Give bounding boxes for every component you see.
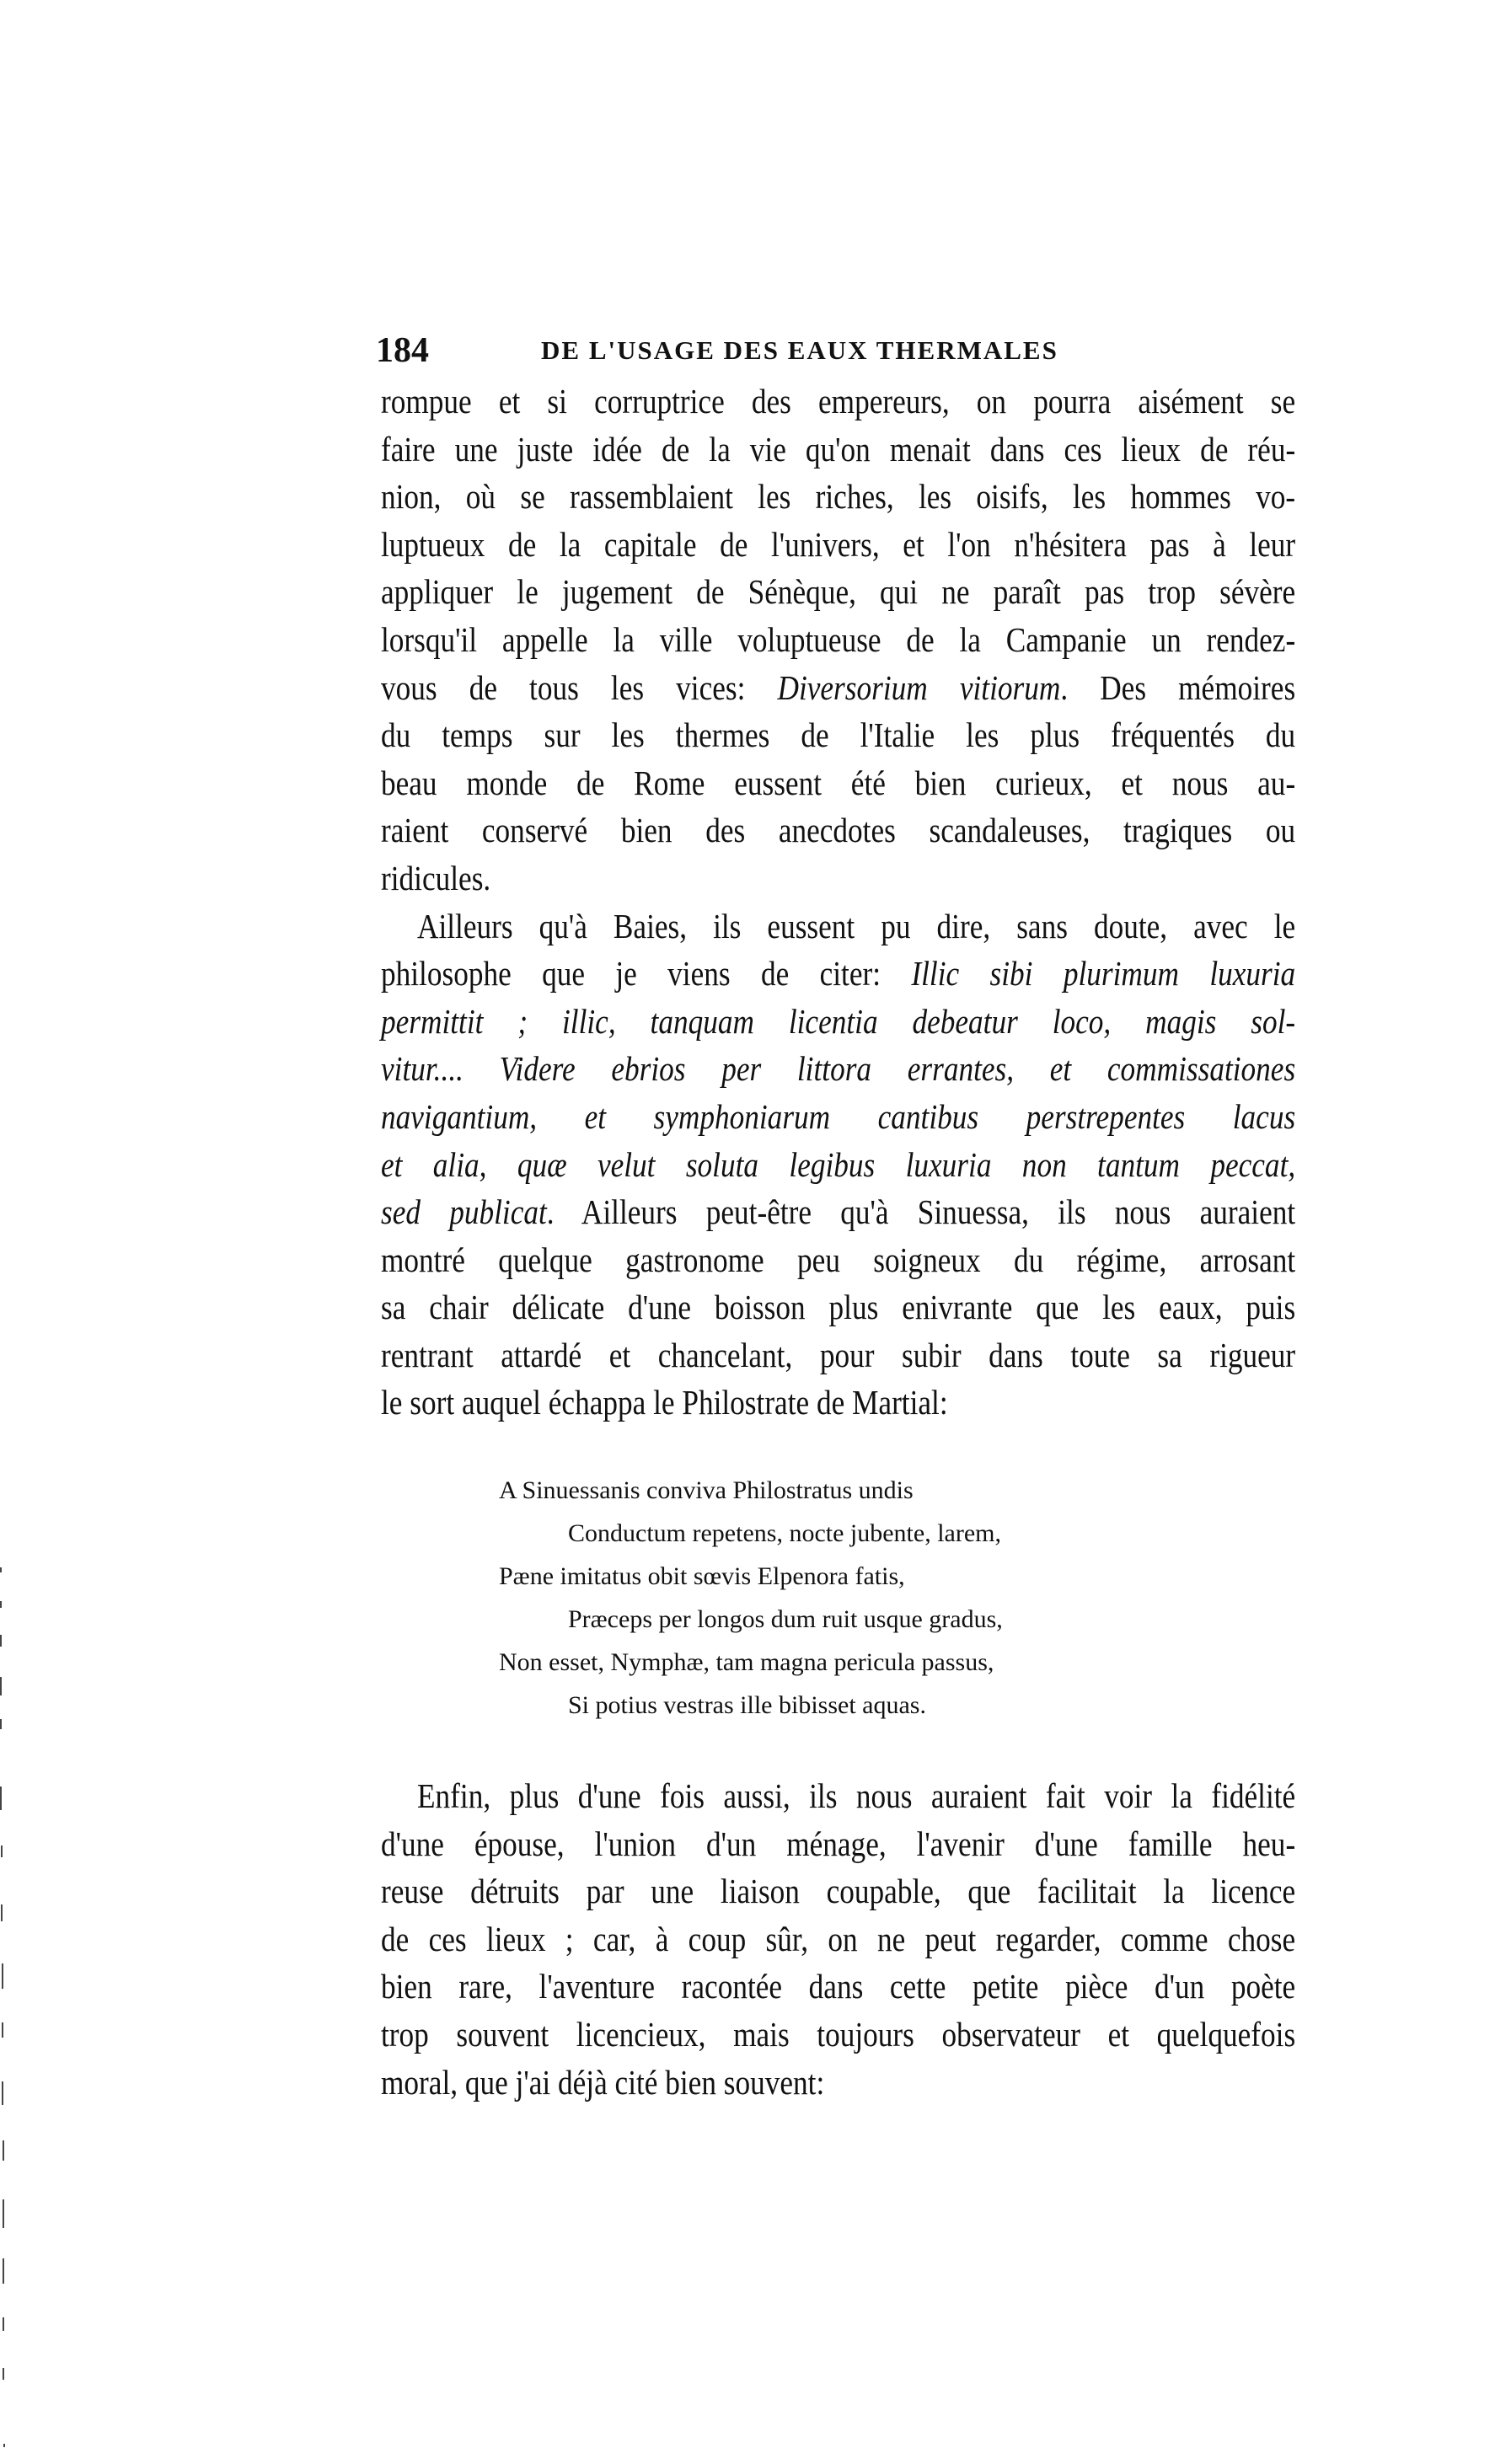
text-run: appliquer le jugement de Sénèque, qui ne…	[381, 572, 1295, 611]
text-line: moral, que j'ai déjà cité bien souvent:	[381, 2059, 1295, 2107]
text-run: . Ailleurs peut-être qu'à Sinuessa, ils …	[547, 1192, 1295, 1231]
text-line: montré quelque gastronome peu soigneux d…	[381, 1236, 1295, 1284]
text-line: raient conservé bien des anecdotes scand…	[381, 806, 1295, 854]
text-run: . Des mémoires	[1060, 668, 1295, 707]
text-line: appliquer le jugement de Sénèque, qui ne…	[381, 568, 1295, 616]
italic-latin-text: vitur.... Videre ebrios per littora erra…	[381, 1049, 1295, 1088]
verse-line: Præceps per longos dum ruit usque gradus…	[381, 1598, 1295, 1641]
verse-line: Non esset, Nymphæ, tam magna pericula pa…	[381, 1641, 1295, 1684]
text-run: trop souvent licencieux, mais toujours o…	[381, 2015, 1295, 2054]
verse-line: Pæne imitatus obit sœvis Elpenora fatis,	[381, 1555, 1295, 1598]
text-run: beau monde de Rome eussent été bien curi…	[381, 763, 1295, 802]
text-run: rompue et si corruptrice des empereurs, …	[381, 382, 1295, 420]
italic-latin-text: et alia, quæ velut soluta legibus luxuri…	[381, 1145, 1295, 1184]
italic-latin-text: Illic sibi plurimum luxuria	[911, 954, 1295, 993]
body-text: rompue et si corruptrice des empereurs, …	[381, 378, 1295, 1427]
running-head: 184 DE L'USAGE DES EAUX THERMALES	[381, 330, 1295, 378]
text-run: raient conservé bien des anecdotes scand…	[381, 811, 1295, 849]
text-line: et alia, quæ velut soluta legibus luxuri…	[381, 1141, 1295, 1189]
text-run: sa chair délicate d'une boisson plus eni…	[381, 1288, 1295, 1326]
text-line: trop souvent licencieux, mais toujours o…	[381, 2011, 1295, 2059]
text-run: montré quelque gastronome peu soigneux d…	[381, 1240, 1295, 1279]
italic-latin-text: permittit ; illic, tanquam licentia debe…	[381, 1002, 1295, 1041]
text-run: du temps sur les thermes de l'Italie les…	[381, 715, 1295, 754]
text-run: luptueux de la capitale de l'univers, et…	[381, 525, 1295, 564]
text-line: faire une juste idée de la vie qu'on men…	[381, 426, 1295, 474]
text-run: philosophe que je viens de citer:	[381, 954, 911, 993]
text-run: rentrant attardé et chancelant, pour sub…	[381, 1336, 1295, 1374]
text-line: d'une épouse, l'union d'un ménage, l'ave…	[381, 1820, 1295, 1868]
paragraph-1: rompue et si corruptrice des empereurs, …	[381, 378, 1295, 903]
italic-latin-text: navigantium, et symphoniarum cantibus pe…	[381, 1097, 1295, 1136]
text-line: sed publicat. Ailleurs peut-être qu'à Si…	[381, 1188, 1295, 1236]
paragraph-2: Ailleurs qu'à Baies, ils eussent pu dire…	[381, 903, 1295, 1428]
text-line: nion, où se rassemblaient les riches, le…	[381, 473, 1295, 521]
text-run: Ailleurs qu'à Baies, ils eussent pu dire…	[417, 907, 1295, 945]
text-line: de ces lieux ; car, à coup sûr, on ne pe…	[381, 1915, 1295, 1963]
text-run: Enfin, plus d'une fois aussi, ils nous a…	[417, 1776, 1295, 1815]
text-run: ridicules.	[381, 859, 490, 897]
text-line: du temps sur les thermes de l'Italie les…	[381, 711, 1295, 759]
text-line: reuse détruits par une liaison coupable,…	[381, 1867, 1295, 1915]
text-run: d'une épouse, l'union d'un ménage, l'ave…	[381, 1824, 1295, 1863]
verse-line: Si potius vestras ille bibisset aquas.	[381, 1684, 1295, 1727]
text-run: faire une juste idée de la vie qu'on men…	[381, 430, 1295, 469]
text-line: rentrant attardé et chancelant, pour sub…	[381, 1331, 1295, 1379]
italic-latin-text: sed publicat	[381, 1192, 547, 1231]
text-line: sa chair délicate d'une boisson plus eni…	[381, 1283, 1295, 1331]
text-run: de ces lieux ; car, à coup sûr, on ne pe…	[381, 1920, 1295, 1958]
verse-quotation: A Sinuessanis conviva Philostratus undis…	[381, 1469, 1295, 1727]
page-number: 184	[376, 330, 429, 371]
scan-margin-artifacts	[0, 1567, 12, 2461]
text-line: rompue et si corruptrice des empereurs, …	[381, 378, 1295, 426]
text-line: vitur.... Videre ebrios per littora erra…	[381, 1045, 1295, 1093]
text-line: navigantium, et symphoniarum cantibus pe…	[381, 1093, 1295, 1141]
running-title: DE L'USAGE DES EAUX THERMALES	[541, 335, 1058, 366]
italic-latin-text: Diversorium vitiorum	[778, 668, 1061, 707]
verse-line: Conductum repetens, nocte jubente, larem…	[381, 1512, 1295, 1555]
text-run: reuse détruits par une liaison coupable,…	[381, 1872, 1295, 1910]
text-line: lorsqu'il appelle la ville voluptueuse d…	[381, 616, 1295, 664]
text-line: luptueux de la capitale de l'univers, et…	[381, 521, 1295, 569]
text-line: vous de tous les vices: Diversorium viti…	[381, 664, 1295, 712]
book-page: 184 DE L'USAGE DES EAUX THERMALES rompue…	[381, 330, 1295, 2106]
text-run: lorsqu'il appelle la ville voluptueuse d…	[381, 620, 1295, 659]
text-run: bien rare, l'aventure racontée dans cett…	[381, 1967, 1295, 2006]
text-run: moral, que j'ai déjà cité bien souvent:	[381, 2063, 824, 2102]
text-line: bien rare, l'aventure racontée dans cett…	[381, 1963, 1295, 2011]
paragraph-3: Enfin, plus d'une fois aussi, ils nous a…	[381, 1772, 1295, 2106]
body-text-continued: Enfin, plus d'une fois aussi, ils nous a…	[381, 1772, 1295, 2106]
text-line: Enfin, plus d'une fois aussi, ils nous a…	[381, 1772, 1295, 1820]
text-line: beau monde de Rome eussent été bien curi…	[381, 759, 1295, 807]
text-run: vous de tous les vices:	[381, 668, 778, 707]
text-line: permittit ; illic, tanquam licentia debe…	[381, 998, 1295, 1046]
verse-line: A Sinuessanis conviva Philostratus undis	[381, 1469, 1295, 1512]
text-line: philosophe que je viens de citer: Illic …	[381, 950, 1295, 998]
text-run: nion, où se rassemblaient les riches, le…	[381, 477, 1295, 516]
text-line: Ailleurs qu'à Baies, ils eussent pu dire…	[381, 903, 1295, 951]
text-line: le sort auquel échappa le Philostrate de…	[381, 1379, 1295, 1427]
text-line: ridicules.	[381, 854, 1295, 903]
text-run: le sort auquel échappa le Philostrate de…	[381, 1383, 948, 1422]
